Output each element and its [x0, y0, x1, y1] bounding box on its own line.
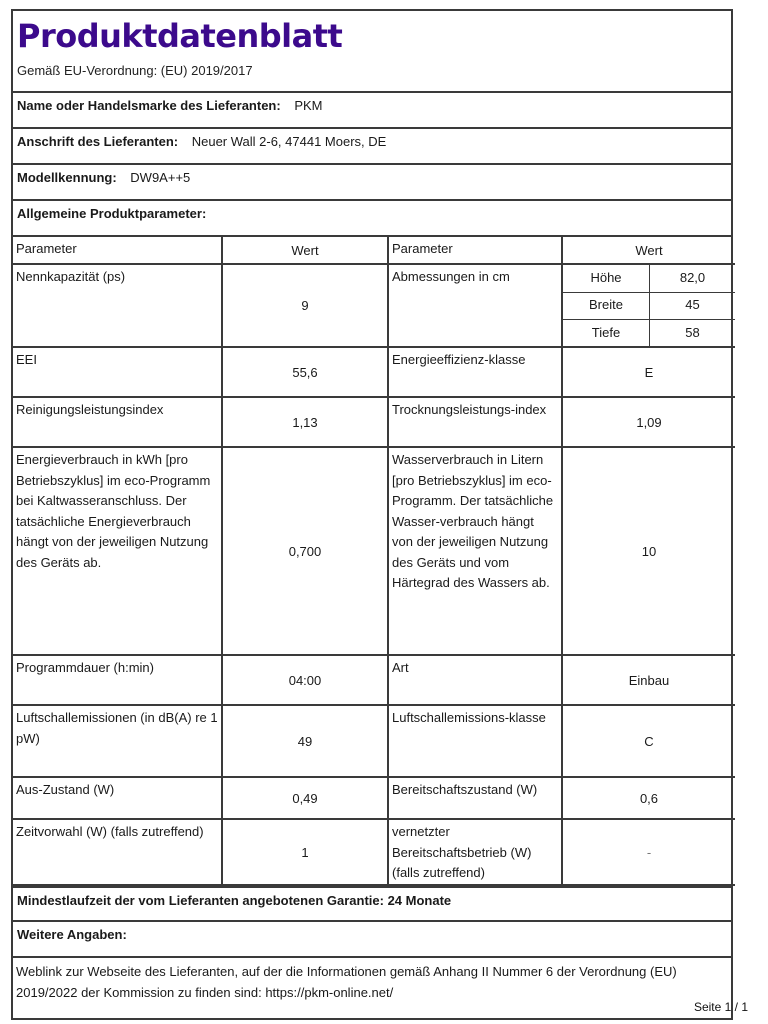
dimension-row: Höhe 82,0	[563, 265, 735, 292]
model-label: Modellkennung:	[17, 170, 117, 185]
warranty-value: 24 Monate	[388, 893, 452, 908]
model-value: DW9A++5	[130, 170, 190, 185]
page-indicator: Seite 1 / 1	[694, 1000, 748, 1014]
product-data-sheet: Produktdatenblatt Gemäß EU-Verordnung: (…	[11, 9, 733, 1020]
param-label: Art	[388, 655, 562, 705]
additional-info-heading-row: Weitere Angaben:	[13, 922, 731, 958]
param-value: 1,13	[222, 397, 388, 447]
table-row: Energieverbrauch in kWh [pro Betriebszyk…	[13, 447, 735, 655]
param-value: 0,700	[222, 447, 388, 655]
param-value: 55,6	[222, 347, 388, 397]
param-label: Luftschallemissionen (in dB(A) re 1 pW)	[13, 705, 222, 777]
param-label: Programmdauer (h:min)	[13, 655, 222, 705]
table-row: EEI 55,6 Energieeffizienz-klasse E	[13, 347, 735, 397]
dimension-label: Tiefe	[563, 319, 650, 346]
param-label: Zeitvorwahl (W) (falls zutreffend)	[13, 819, 222, 885]
param-value: 49	[222, 705, 388, 777]
parameters-table: Parameter Wert Parameter Wert Nennkapazi…	[13, 237, 735, 886]
param-label: EEI	[13, 347, 222, 397]
dimension-row: Tiefe 58	[563, 319, 735, 346]
param-label: Luftschallemissions-klasse	[388, 705, 562, 777]
header-parameter-right: Parameter	[388, 237, 562, 264]
param-label: Abmessungen in cm	[388, 264, 562, 347]
table-row: Luftschallemissionen (in dB(A) re 1 pW) …	[13, 705, 735, 777]
warranty-label: Mindestlaufzeit der vom Lieferanten ange…	[17, 893, 384, 908]
model-row: Modellkennung: DW9A++5	[13, 165, 731, 201]
param-value: 10	[562, 447, 735, 655]
param-value: E	[562, 347, 735, 397]
param-value: 0,6	[562, 777, 735, 819]
table-row: Nennkapazität (ps) 9 Abmessungen in cm H…	[13, 264, 735, 347]
dimensions-cell: Höhe 82,0 Breite 45 Tiefe 58	[562, 264, 735, 347]
supplier-address-value: Neuer Wall 2-6, 47441 Moers, DE	[192, 134, 387, 149]
param-label: Wasserverbrauch in Litern [pro Betriebsz…	[388, 447, 562, 655]
param-label: Nennkapazität (ps)	[13, 264, 222, 347]
dimension-value: 82,0	[650, 265, 736, 292]
table-row: Programmdauer (h:min) 04:00 Art Einbau	[13, 655, 735, 705]
param-value: -	[562, 819, 735, 885]
additional-info-heading: Weitere Angaben:	[17, 927, 127, 942]
document-title: Produktdatenblatt	[17, 17, 731, 55]
supplier-address-label: Anschrift des Lieferanten:	[17, 134, 178, 149]
param-label: Energieverbrauch in kWh [pro Betriebszyk…	[13, 447, 222, 655]
param-value: 04:00	[222, 655, 388, 705]
param-label: Bereitschaftszustand (W)	[388, 777, 562, 819]
document-subtitle: Gemäß EU-Verordnung: (EU) 2019/2017	[17, 63, 731, 78]
dimension-value: 45	[650, 292, 736, 319]
dimension-value: 58	[650, 319, 736, 346]
param-value: C	[562, 705, 735, 777]
general-parameters-heading: Allgemeine Produktparameter:	[17, 206, 206, 221]
param-label: Energieeffizienz-klasse	[388, 347, 562, 397]
table-header-row: Parameter Wert Parameter Wert	[13, 237, 735, 264]
header-value-left: Wert	[222, 237, 388, 264]
param-label: Reinigungsleistungsindex	[13, 397, 222, 447]
param-value: 9	[222, 264, 388, 347]
param-label: vernetzter Bereitschaftsbetrieb (W) (fal…	[388, 819, 562, 885]
dimensions-table: Höhe 82,0 Breite 45 Tiefe 58	[563, 265, 735, 346]
dimension-label: Breite	[563, 292, 650, 319]
param-value: 1	[222, 819, 388, 885]
header-parameter-left: Parameter	[13, 237, 222, 264]
title-block: Produktdatenblatt Gemäß EU-Verordnung: (…	[13, 11, 731, 93]
param-label: Trocknungsleistungs-index	[388, 397, 562, 447]
param-label: Aus-Zustand (W)	[13, 777, 222, 819]
table-row: Aus-Zustand (W) 0,49 Bereitschaftszustan…	[13, 777, 735, 819]
param-value: Einbau	[562, 655, 735, 705]
table-row: Zeitvorwahl (W) (falls zutreffend) 1 ver…	[13, 819, 735, 885]
param-value: 0,49	[222, 777, 388, 819]
supplier-name-row: Name oder Handelsmarke des Lieferanten: …	[13, 93, 731, 129]
dimension-label: Höhe	[563, 265, 650, 292]
supplier-name-label: Name oder Handelsmarke des Lieferanten:	[17, 98, 281, 113]
general-parameters-heading-row: Allgemeine Produktparameter:	[13, 201, 731, 237]
header-value-right: Wert	[562, 237, 735, 264]
param-value: 1,09	[562, 397, 735, 447]
table-row: Reinigungsleistungsindex 1,13 Trocknungs…	[13, 397, 735, 447]
supplier-name-value: PKM	[294, 98, 322, 113]
supplier-address-row: Anschrift des Lieferanten: Neuer Wall 2-…	[13, 129, 731, 165]
warranty-row: Mindestlaufzeit der vom Lieferanten ange…	[13, 886, 731, 922]
dimension-row: Breite 45	[563, 292, 735, 319]
weblink-text: Weblink zur Webseite des Lieferanten, au…	[13, 958, 731, 1018]
